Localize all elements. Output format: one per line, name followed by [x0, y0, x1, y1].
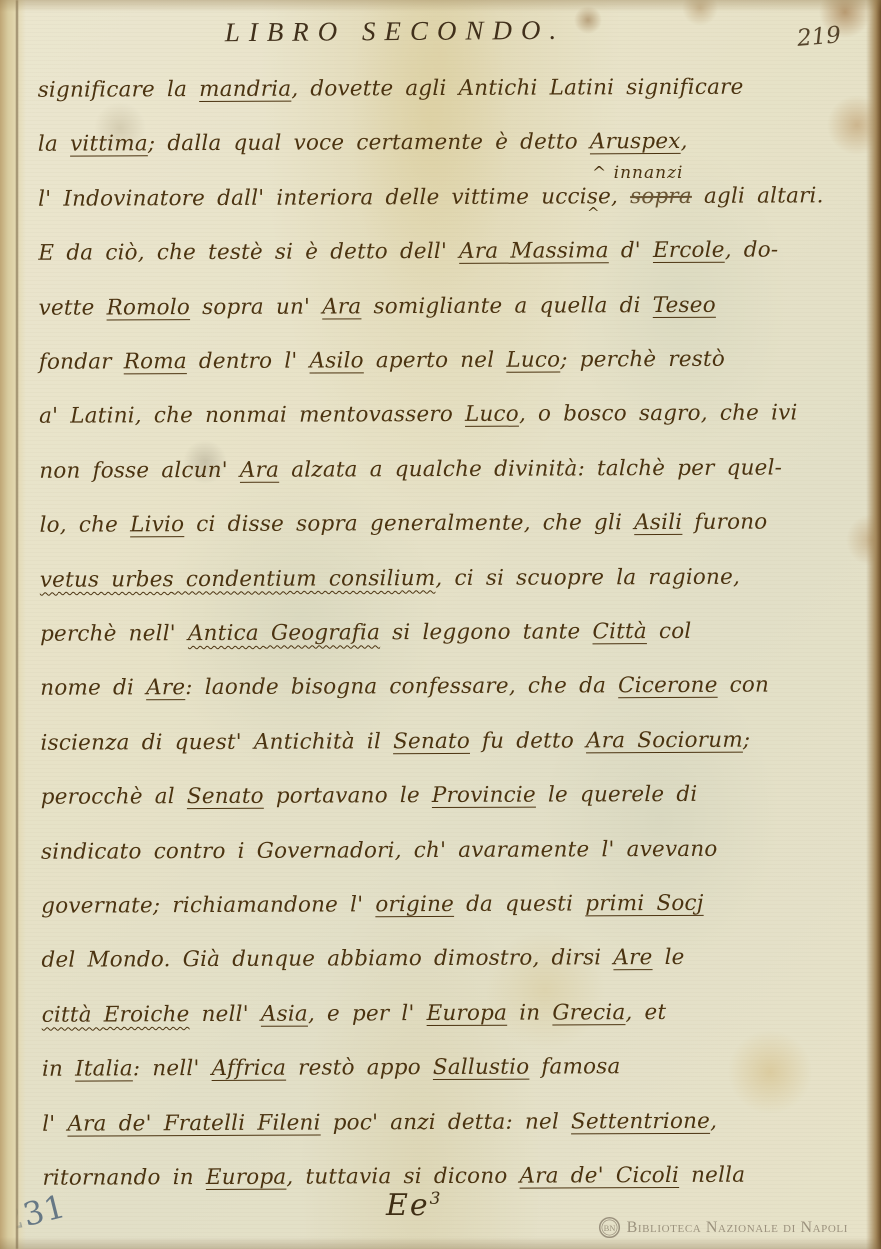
manuscript-line: vette Romolo sopra un' Ara somigliante a… — [39, 292, 834, 320]
underlined-word: Ara Sociorum — [586, 727, 743, 753]
manuscript-line: a' Latini, che nonmai mentovassero Luco,… — [39, 401, 834, 429]
page-edge-top — [0, 0, 881, 12]
text-segment: le querele di — [536, 782, 698, 808]
page-edge-right — [866, 0, 881, 1249]
underlined-word: Are — [146, 675, 185, 700]
page-edge-bottom — [0, 1237, 881, 1249]
underlined-word: vetus urbes condentium consilium — [40, 566, 436, 593]
manuscript-line: vetus urbes condentium consilium, ci si … — [40, 564, 835, 592]
underlined-word: Ara — [240, 457, 279, 482]
underlined-word: Senato — [187, 784, 264, 809]
text-segment: aperto nel — [364, 348, 507, 374]
underlined-word: Ercole — [653, 238, 725, 263]
text-segment: ; dalla qual voce certamente è detto — [148, 130, 590, 157]
underlined-word: Europa — [206, 1165, 287, 1190]
underlined-word: vittima — [70, 132, 148, 157]
text-segment: furono — [682, 510, 767, 535]
underlined-word: Ara de' Cicoli — [519, 1163, 679, 1189]
underlined-word: Europa — [427, 1000, 508, 1025]
text-segment: d' — [609, 238, 653, 263]
signature-letters: Ee — [386, 1188, 430, 1223]
text-segment: alzata a qualche divinità: talchè per qu… — [279, 455, 782, 482]
monogram-letters: BN — [603, 1223, 615, 1233]
underlined-word: Livio — [130, 512, 184, 537]
text-segment: nella — [679, 1163, 745, 1188]
text-segment: , ci si scuopre la ragione, — [435, 564, 740, 590]
text-segment: portavano le — [264, 783, 432, 809]
manuscript-line: nome di Are: laonde bisogna confessare, … — [40, 673, 835, 701]
manuscript-line: non fosse alcun' Ara alzata a qualche di… — [39, 455, 834, 483]
manuscript-line: la vittima; dalla qual voce certamente è… — [38, 129, 833, 157]
manuscript-line: iscienza di quest' Antichità il Senato f… — [40, 727, 835, 755]
text-segment: si leggono tante — [380, 619, 592, 645]
underlined-word: Ara Massima — [459, 238, 609, 264]
underlined-word: Senato — [393, 729, 470, 754]
manuscript-line: l' Indovinatore dall' interiora delle vi… — [38, 183, 833, 211]
binding-crease — [16, 0, 18, 1249]
underlined-word: città Eroiche — [42, 1002, 190, 1028]
text-segment: lo, che — [40, 513, 131, 538]
underlined-word: Ara de' Fratelli Fileni — [67, 1110, 320, 1136]
underlined-word: Asia — [261, 1001, 308, 1026]
text-segment: , o bosco sagro, che ivi — [519, 401, 798, 427]
text-segment: , do- — [725, 238, 779, 263]
text-segment: col — [647, 619, 692, 644]
underlined-word: Ara — [322, 294, 361, 319]
underlined-word: Luco — [465, 402, 519, 427]
text-segment: poc' anzi detta: nel — [321, 1109, 571, 1135]
interlinear-insertion: ^ innanzi — [592, 163, 683, 183]
text-segment: nome di — [40, 676, 146, 701]
text-segment: in — [507, 1000, 552, 1025]
manuscript-page: LIBRO SECONDO. 219 significare la mandri… — [0, 0, 881, 1249]
text-segment: l' — [42, 1111, 67, 1136]
library-monogram-icon: BN — [598, 1216, 621, 1239]
text-segment: perchè nell' — [40, 621, 188, 647]
manuscript-line: ritornando in Europa, tuttavia si dicono… — [42, 1162, 837, 1190]
text-segment: , tuttavia si dicono — [286, 1164, 519, 1190]
underlined-word: Affrica — [212, 1056, 287, 1081]
text-segment: nell' — [190, 1002, 261, 1027]
insertion-caret-below: ^ — [587, 204, 600, 222]
text-segment: significare la — [38, 77, 200, 103]
manuscript-line: sindicato contro i Governadori, ch' avar… — [41, 836, 836, 864]
text-segment: ; perchè restò — [560, 347, 725, 373]
underlined-word: primi Socj — [585, 891, 704, 917]
underlined-word: Settentrione — [571, 1108, 710, 1134]
manuscript-line: significare la mandria, dovette agli Ant… — [38, 74, 833, 102]
struck-out-word: sopra — [630, 184, 692, 209]
manuscript-line: perocchè al Senato portavano le Provinci… — [41, 781, 836, 809]
text-segment: con — [718, 673, 770, 698]
text-segment: perocchè al — [41, 784, 187, 810]
text-segment: vette — [39, 295, 107, 320]
manuscript-line: lo, che Livio ci disse sopra generalment… — [40, 509, 835, 537]
text-segment: del Mondo. Già dunque abbiamo dimostro, … — [41, 946, 613, 973]
manuscript-line: città Eroiche nell' Asia, e per l' Europ… — [42, 999, 837, 1027]
underlined-word: Italia — [75, 1057, 133, 1082]
text-segment: le — [652, 945, 684, 970]
text-segment: sopra un' — [190, 294, 322, 320]
text-segment: restò appo — [286, 1055, 433, 1081]
underlined-word: Roma — [124, 349, 187, 374]
underlined-word: origine — [375, 892, 454, 917]
text-segment: famosa — [529, 1054, 620, 1079]
manuscript-text: significare la mandria, dovette agli Ant… — [37, 0, 837, 1249]
text-segment: : laonde bisogna confessare, che da — [185, 674, 618, 701]
underlined-word: Provincie — [432, 783, 536, 808]
underlined-word: Teseo — [653, 292, 716, 317]
text-segment: agli altari. — [692, 183, 824, 209]
underlined-word: Asilo — [309, 348, 363, 373]
text-segment: ; — [743, 727, 751, 752]
manuscript-line: l' Ara de' Fratelli Fileni poc' anzi det… — [42, 1108, 837, 1136]
text-segment: dentro l' — [187, 349, 310, 375]
text-segment: , — [710, 1108, 717, 1133]
text-segment: iscienza di quest' Antichità il — [40, 729, 393, 756]
manuscript-line: governate; richiamandone l' origine da q… — [41, 890, 836, 918]
signature-superscript: 3 — [430, 1189, 443, 1209]
text-segment: sindicato contro i Governadori, ch' avar… — [41, 836, 718, 864]
text-segment: l' Indovinatore dall' interiora delle vi… — [38, 184, 630, 212]
insertion-word: innanzi — [614, 163, 684, 183]
underlined-word: Sallustio — [433, 1055, 530, 1080]
insertion-caret: ^ — [592, 163, 607, 183]
underlined-word: Asili — [634, 510, 682, 535]
underlined-word: Aruspex — [590, 129, 681, 154]
underlined-word: Romolo — [106, 295, 190, 320]
text-segment: da questi — [454, 891, 585, 917]
underlined-word: Cicerone — [618, 673, 718, 698]
text-segment: ci disse sopra generalmente, che gli — [184, 510, 634, 537]
text-segment: , e per l' — [308, 1001, 427, 1027]
underlined-word: mandria — [199, 77, 291, 102]
underlined-word: Are — [613, 945, 652, 970]
library-name: Biblioteca Nazionale di Napoli — [627, 1219, 848, 1237]
text-segment: : nell' — [133, 1056, 212, 1081]
text-segment: non fosse alcun' — [39, 458, 240, 484]
text-segment: in — [42, 1057, 75, 1082]
manuscript-line: E da ciò, che testè si è detto dell' Ara… — [38, 237, 833, 265]
text-segment: a' Latini, che nonmai mentovassero — [39, 402, 465, 429]
underlined-word: Luco — [506, 347, 560, 372]
manuscript-line: in Italia: nell' Affrica restò appo Sall… — [42, 1053, 837, 1081]
text-segment: fu detto — [470, 728, 586, 754]
text-segment: governate; richiamandone l' — [41, 892, 375, 918]
quire-signature: Ee3 — [386, 1188, 442, 1223]
text-segment: somigliante a quella di — [361, 293, 652, 319]
underlined-word: Antica Geografia — [188, 620, 380, 646]
text-segment: fondar — [39, 349, 124, 374]
underlined-word: Grecia — [552, 1000, 625, 1025]
text-segment: ritornando in — [42, 1165, 206, 1191]
manuscript-line: fondar Roma dentro l' Asilo aperto nel L… — [39, 346, 834, 374]
text-segment: E da ciò, che testè si è detto dell' — [38, 239, 459, 266]
text-segment: , et — [625, 1000, 666, 1025]
text-segment: , dovette agli Antichi Latini significar… — [291, 75, 743, 102]
text-segment: la — [38, 132, 70, 157]
binding-edge-left — [0, 0, 26, 1249]
underlined-word: Città — [592, 619, 647, 644]
manuscript-line: perchè nell' Antica Geografia si leggono… — [40, 618, 835, 646]
library-watermark: BN Biblioteca Nazionale di Napoli — [598, 1216, 848, 1239]
text-segment: , — [681, 129, 688, 154]
manuscript-line: del Mondo. Già dunque abbiamo dimostro, … — [41, 945, 836, 973]
